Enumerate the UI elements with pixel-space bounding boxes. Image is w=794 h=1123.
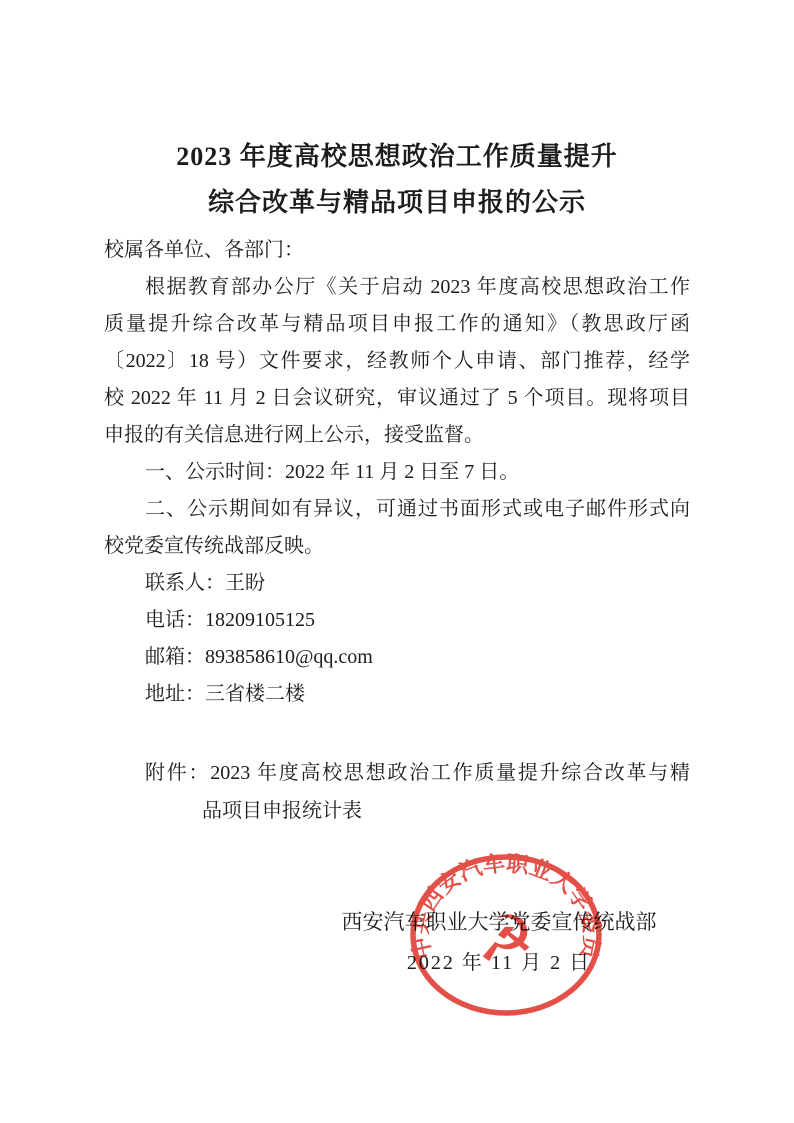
signature-date: 2022 年 11 月 2 日: [334, 943, 664, 984]
title-line-2: 综合改革与精品项目申报的公示: [104, 180, 690, 226]
body-line: 校 2022 年 11 月 2 日会议研究，审议通过了 5 个项目。现将项目: [104, 380, 690, 417]
title-line-1: 2023 年度高校思想政治工作质量提升: [104, 134, 690, 180]
contact-email-line: 邮箱：893858610@qq.com: [104, 639, 690, 676]
body-line: 校党委宣传统战部反映。: [104, 528, 690, 565]
contact-address-line: 地址：三省楼二楼: [104, 676, 690, 713]
document-title: 2023 年度高校思想政治工作质量提升 综合改革与精品项目申报的公示: [104, 0, 690, 226]
contact-phone-line: 电话：18209105125: [104, 602, 690, 639]
body-line: 二、公示期间如有异议，可通过书面形式或电子邮件形式向: [104, 491, 690, 528]
signature-block: 西安汽车职业大学党委宣传统战部 2022 年 11 月 2 日: [334, 902, 664, 984]
body-line: 申报的有关信息进行网上公示，接受监督。: [104, 417, 690, 454]
body-line: 质量提升综合改革与精品项目申报工作的通知》（教思政厅函: [104, 306, 690, 343]
attachment-line-2: 品项目申报统计表: [104, 792, 690, 830]
attachment-block: 附件：2023 年度高校思想政治工作质量提升综合改革与精 品项目申报统计表: [104, 754, 690, 830]
body-line: 〔2022〕18 号）文件要求，经教师个人申请、部门推荐，经学: [104, 343, 690, 380]
body-line: 根据教育部办公厅《关于启动 2023 年度高校思想政治工作: [104, 269, 690, 306]
salutation-line: 校属各单位、各部门：: [104, 232, 690, 269]
publicity-period-line: 一、公示时间：2022 年 11 月 2 日至 7 日。: [104, 454, 690, 491]
attachment-line-1: 附件：2023 年度高校思想政治工作质量提升综合改革与精: [104, 754, 690, 792]
signature-org: 西安汽车职业大学党委宣传统战部: [334, 902, 664, 943]
announcement-page: 2023 年度高校思想政治工作质量提升 综合改革与精品项目申报的公示 校属各单位…: [0, 0, 794, 1123]
contact-person-line: 联系人：王盼: [104, 565, 690, 602]
document-body: 校属各单位、各部门： 根据教育部办公厅《关于启动 2023 年度高校思想政治工作…: [104, 232, 690, 713]
